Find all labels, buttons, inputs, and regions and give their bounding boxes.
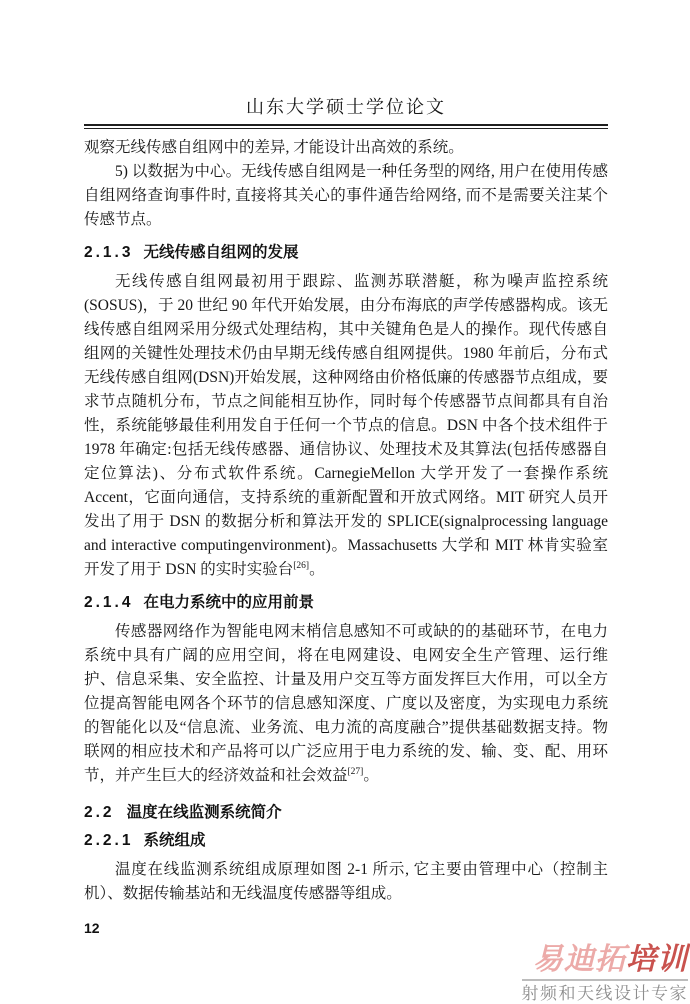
section-heading-2-2-1: 2.2.1系统组成 — [84, 830, 608, 852]
section-heading-2-2: 2.2温度在线监测系统简介 — [84, 802, 608, 824]
page-content: 山东大学硕士学位论文 观察无线传感自组网中的差异, 才能设计出高效的系统。 5)… — [0, 0, 690, 936]
paragraph-item5: 5) 以数据为中心。无线传感自组网是一种任务型的网络, 用户在使用传感自组网络查… — [84, 160, 608, 232]
section-title: 无线传感自组网的发展 — [143, 244, 298, 261]
header-double-rule — [84, 124, 608, 129]
paragraph-intro: 观察无线传感自组网中的差异, 才能设计出高效的系统。 — [84, 136, 608, 160]
section-title: 温度在线监测系统简介 — [127, 804, 282, 821]
paragraph-text: 无线传感自组网最初用于跟踪、监测苏联潜艇，称为噪声监控系统(SOSUS)，于 2… — [84, 273, 608, 578]
paragraph-text: 传感器网络作为智能电网末梢信息感知不可或缺的的基础环节，在电力系统中具有广阔的应… — [84, 623, 608, 784]
section-title: 系统组成 — [143, 832, 205, 849]
citation-ref-26: [26] — [293, 561, 309, 571]
section-number: 2.1.4 — [84, 594, 133, 611]
citation-ref-27: [27] — [348, 767, 364, 777]
page-header-title: 山东大学硕士学位论文 — [84, 93, 608, 119]
watermark-brand-right: 培训 — [626, 943, 688, 976]
thesis-page: 山东大学硕士学位论文 观察无线传感自组网中的差异, 才能设计出高效的系统。 5)… — [0, 0, 690, 1004]
section-heading-2-1-4: 2.1.4在电力系统中的应用前景 — [84, 592, 608, 614]
paragraph-2-1-4: 传感器网络作为智能电网末梢信息感知不可或缺的的基础环节，在电力系统中具有广阔的应… — [84, 620, 608, 788]
paragraph-tail: 。 — [363, 767, 379, 784]
section-number: 2.2 — [84, 804, 115, 821]
paragraph-tail: 。 — [309, 561, 325, 578]
watermark-tagline: 射频和天线设计专家 — [522, 985, 689, 1002]
watermark-brand-left: 易迪拓 — [533, 943, 626, 976]
paragraph-2-1-3: 无线传感自组网最初用于跟踪、监测苏联潜艇，称为噪声监控系统(SOSUS)，于 2… — [84, 270, 608, 582]
section-number: 2.1.3 — [84, 244, 133, 261]
page-number: 12 — [84, 920, 608, 936]
watermark-logo: 易迪拓培训 — [522, 945, 689, 981]
watermark: 易迪拓培训 射频和天线设计专家 — [522, 945, 689, 1002]
section-number: 2.2.1 — [84, 832, 133, 849]
paragraph-2-2-1: 温度在线监测系统组成原理如图 2-1 所示, 它主要由管理中心（控制主机）、数据… — [84, 858, 608, 906]
section-heading-2-1-3: 2.1.3无线传感自组网的发展 — [84, 242, 608, 264]
section-title: 在电力系统中的应用前景 — [143, 594, 314, 611]
